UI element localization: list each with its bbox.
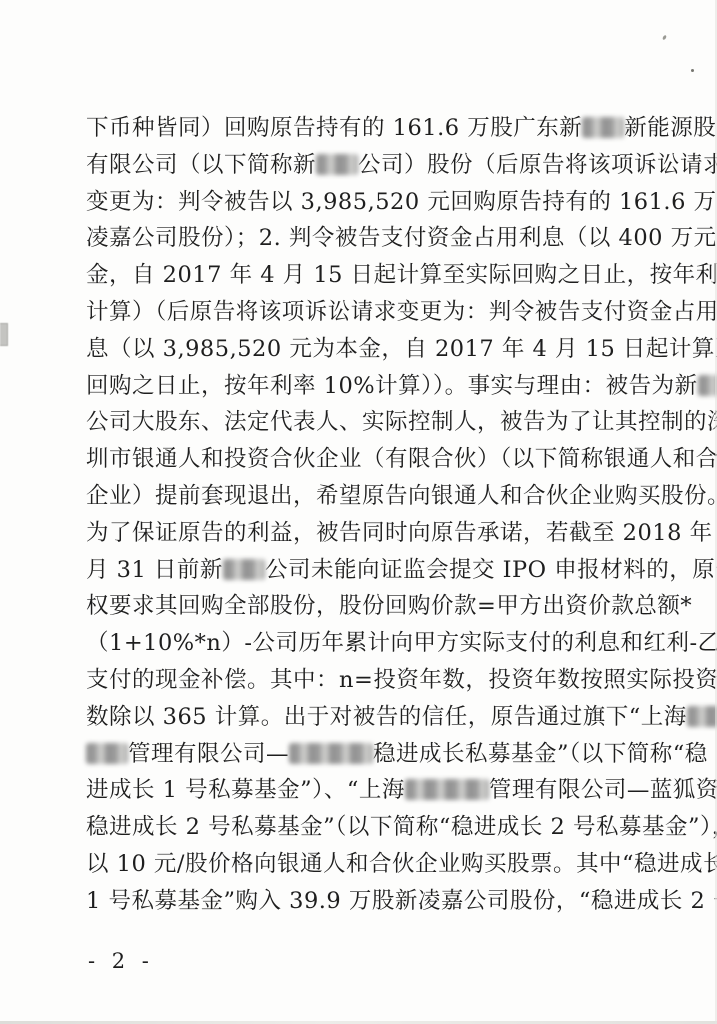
text-segment: 金，自 2017 年 4 月 15 日起计算至实际回购之日止，按年利率 10% bbox=[86, 262, 717, 288]
redaction-mark bbox=[316, 154, 358, 175]
text-segment: 公司）股份（后原告将该项诉讼请求 bbox=[358, 152, 717, 178]
scan-speck bbox=[691, 69, 694, 72]
text-line: 凌嘉公司股份）；2. 判令被告支付资金占用利息（以 400 万元为本 bbox=[86, 220, 668, 257]
scan-speck bbox=[662, 35, 667, 41]
text-segment: 计算）（后原告将该项诉讼请求变更为：判令被告支付资金占用利 bbox=[86, 299, 717, 325]
redaction-mark bbox=[405, 779, 489, 800]
text-line: 公司大股东、法定代表人、实际控制人，被告为了让其控制的深 bbox=[86, 404, 668, 441]
text-segment: 公司大股东、法定代表人、实际控制人，被告为了让其控制的深 bbox=[86, 409, 717, 435]
text-segment: 以 10 元/股价格向银通人和合伙企业购买股票。其中“稳进成长 bbox=[86, 851, 717, 877]
text-line: 计算）（后原告将该项诉讼请求变更为：判令被告支付资金占用利 bbox=[86, 294, 668, 331]
text-segment: 稳进成长私募基金”（以下简称“稳 bbox=[373, 741, 708, 767]
text-line: 数除以 365 计算。出于对被告的信任，原告通过旗下“上海 bbox=[86, 699, 668, 736]
text-segment: 进成长 1 号私募基金”）、“上海 bbox=[86, 777, 405, 803]
text-segment: 企业）提前套现退出，希望原告向银通人和合伙企业购买股份。 bbox=[86, 483, 717, 509]
text-segment: 管理有限公司—蓝狐资本 bbox=[489, 777, 717, 803]
text-segment: 管理有限公司— bbox=[128, 741, 289, 767]
text-line: （1+10%*n）-公司历年累计向甲方实际支付的利息和红利-乙方已 bbox=[86, 625, 668, 662]
text-segment: 息（以 3,985,520 元为本金，自 2017 年 4 月 15 日起计算至… bbox=[86, 336, 717, 362]
text-segment: 回购之日止，按年利率 10%计算））。事实与理由：被告为新 bbox=[86, 373, 698, 399]
redaction-mark bbox=[582, 117, 624, 138]
text-segment: 权要求其回购全部股份，股份回购价款=甲方出资价款总额* bbox=[86, 593, 692, 619]
redaction-mark bbox=[687, 706, 717, 727]
scan-artifact-left-edge bbox=[0, 323, 8, 346]
text-segment: 新能源股份 bbox=[624, 115, 717, 141]
text-block: 下币种皆同）回购原告持有的 161.6 万股广东新新能源股份有限公司（以下简称新… bbox=[86, 110, 668, 920]
text-segment: （1+10%*n）-公司历年累计向甲方实际支付的利息和红利-乙方已 bbox=[86, 630, 717, 656]
text-line: 圳市银通人和投资合伙企业（有限合伙）（以下简称银通人和合伙 bbox=[86, 441, 668, 478]
text-segment: 数除以 365 计算。出于对被告的信任，原告通过旗下“上海 bbox=[86, 704, 687, 730]
text-line: 月 31 日前新公司未能向证监会提交 IPO 申报材料的，原告有 bbox=[86, 552, 668, 589]
text-line: 管理有限公司—稳进成长私募基金”（以下简称“稳 bbox=[86, 736, 668, 773]
text-segment: 为了保证原告的利益，被告同时向原告承诺，若截至 2018 年 12 bbox=[86, 520, 717, 546]
text-line: 1 号私募基金”购入 39.9 万股新凌嘉公司股份，“稳进成长 2 号 bbox=[86, 883, 668, 920]
text-line: 变更为：判令被告以 3,985,520 元回购原告持有的 161.6 万股新 bbox=[86, 184, 668, 221]
text-segment: 支付的现金补偿。其中：n=投资年数，投资年数按照实际投资天 bbox=[86, 667, 717, 693]
text-line: 权要求其回购全部股份，股份回购价款=甲方出资价款总额* bbox=[86, 588, 668, 625]
text-segment: 下币种皆同）回购原告持有的 161.6 万股广东新 bbox=[86, 115, 582, 141]
document-page: 下币种皆同）回购原告持有的 161.6 万股广东新新能源股份有限公司（以下简称新… bbox=[0, 0, 717, 1024]
text-segment: 圳市银通人和投资合伙企业（有限合伙）（以下简称银通人和合伙 bbox=[86, 446, 717, 472]
text-segment: 1 号私募基金”购入 39.9 万股新凌嘉公司股份，“稳进成长 2 号 bbox=[86, 888, 717, 914]
redaction-mark bbox=[86, 743, 128, 764]
text-line: 下币种皆同）回购原告持有的 161.6 万股广东新新能源股份 bbox=[86, 110, 668, 147]
text-line: 企业）提前套现退出，希望原告向银通人和合伙企业购买股份。 bbox=[86, 478, 668, 515]
text-line: 回购之日止，按年利率 10%计算））。事实与理由：被告为新 bbox=[86, 368, 668, 405]
text-segment: 月 31 日前新 bbox=[86, 557, 223, 583]
text-segment: 有限公司（以下简称新 bbox=[86, 152, 316, 178]
text-segment: 变更为：判令被告以 3,985,520 元回购原告持有的 161.6 万股新 bbox=[86, 189, 717, 215]
text-segment: 稳进成长 2 号私募基金”（以下简称“稳进成长 2 号私募基金”）， bbox=[86, 814, 717, 840]
text-line: 金，自 2017 年 4 月 15 日起计算至实际回购之日止，按年利率 10% bbox=[86, 257, 668, 294]
text-line: 以 10 元/股价格向银通人和合伙企业购买股票。其中“稳进成长 bbox=[86, 846, 668, 883]
text-line: 有限公司（以下简称新公司）股份（后原告将该项诉讼请求 bbox=[86, 147, 668, 184]
text-line: 支付的现金补偿。其中：n=投资年数，投资年数按照实际投资天 bbox=[86, 662, 668, 699]
redaction-mark bbox=[223, 559, 265, 580]
text-line: 稳进成长 2 号私募基金”（以下简称“稳进成长 2 号私募基金”）， bbox=[86, 809, 668, 846]
redaction-mark bbox=[289, 743, 373, 764]
text-line: 为了保证原告的利益，被告同时向原告承诺，若截至 2018 年 12 bbox=[86, 515, 668, 552]
text-line: 息（以 3,985,520 元为本金，自 2017 年 4 月 15 日起计算至… bbox=[86, 331, 668, 368]
text-segment: 公司未能向证监会提交 IPO 申报材料的，原告有 bbox=[265, 557, 717, 583]
page-number: - 2 - bbox=[88, 949, 154, 973]
text-segment: 凌嘉公司股份）；2. 判令被告支付资金占用利息（以 400 万元为本 bbox=[86, 225, 717, 251]
text-line: 进成长 1 号私募基金”）、“上海管理有限公司—蓝狐资本 bbox=[86, 772, 668, 809]
